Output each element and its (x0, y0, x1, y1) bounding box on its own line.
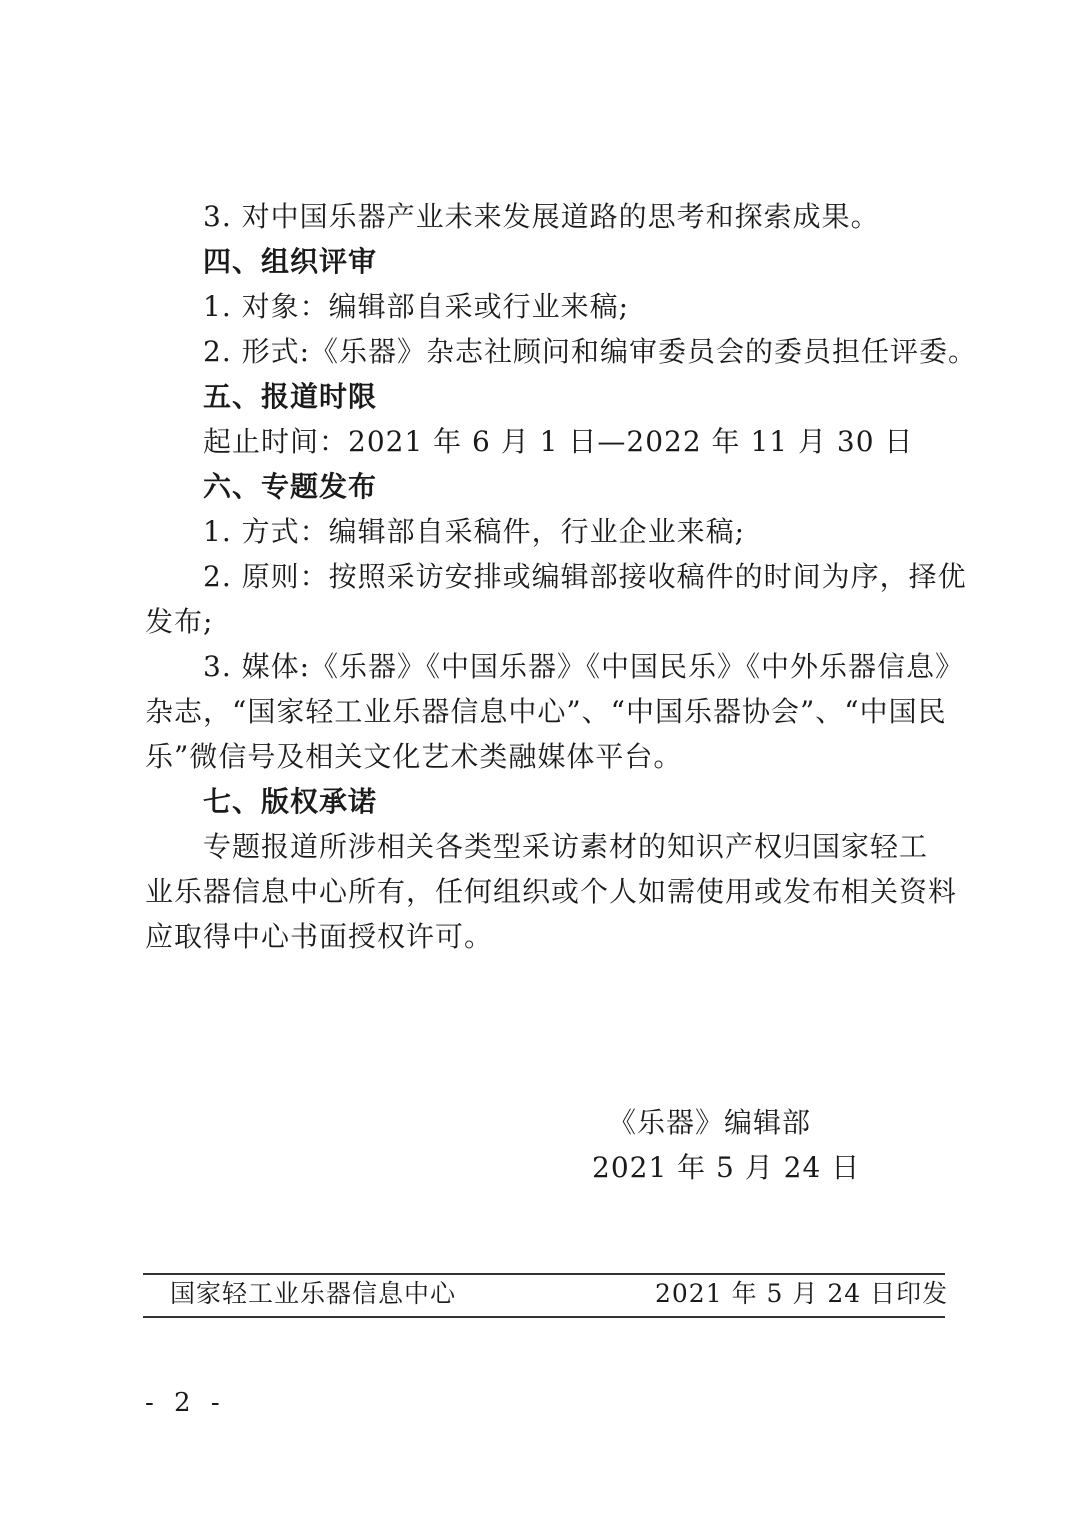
section-6-item-3-line-3: 乐”微信号及相关文化艺术类融媒体平台。 (145, 737, 945, 777)
footer-bottom-rule (143, 1316, 945, 1318)
section-6-item-1: 1. 方式：编辑部自采稿件，行业企业来稿; (203, 512, 945, 552)
section-4-heading: 四、组织评审 (203, 242, 945, 282)
section-6-item-2-line-1: 2. 原则：按照采访安排或编辑部接收稿件的时间为序，择优 (203, 557, 945, 597)
item-3-text: 3. 对中国乐器产业未来发展道路的思考和探索成果。 (203, 197, 945, 237)
section-6-item-2-line-2: 发布; (145, 602, 945, 642)
section-7-heading: 七、版权承诺 (203, 782, 945, 822)
section-6-item-3-line-1: 3. 媒体:《乐器》《中国乐器》《中国民乐》《中外乐器信息》 (203, 647, 945, 687)
footer-top-rule (143, 1273, 945, 1275)
section-6-heading: 六、专题发布 (203, 467, 945, 507)
footer-issue-date: 2021 年 5 月 24 日印发 (655, 1277, 948, 1311)
signature-date: 2021 年 5 月 24 日 (592, 1148, 860, 1188)
section-6-item-3-line-2: 杂志，“国家轻工业乐器信息中心”、“中国乐器协会”、“中国民 (145, 692, 945, 732)
section-7-text-line-2: 业乐器信息中心所有，任何组织或个人如需使用或发布相关资料 (145, 872, 945, 912)
page-number: - 2 - (145, 1385, 226, 1421)
section-4-item-1: 1. 对象：编辑部自采或行业来稿; (203, 287, 945, 327)
section-7-text-line-3: 应取得中心书面授权许可。 (145, 917, 945, 957)
section-4-item-2: 2. 形式:《乐器》杂志社顾问和编审委员会的委员担任评委。 (203, 332, 945, 372)
section-5-heading: 五、报道时限 (203, 377, 945, 417)
section-5-period: 起止时间：2021 年 6 月 1 日—2022 年 11 月 30 日 (203, 422, 945, 462)
footer-issuer: 国家轻工业乐器信息中心 (170, 1277, 456, 1311)
section-7-text-line-1: 专题报道所涉相关各类型采访素材的知识产权归国家轻工 (203, 827, 945, 867)
signature-org: 《乐器》编辑部 (608, 1103, 811, 1143)
